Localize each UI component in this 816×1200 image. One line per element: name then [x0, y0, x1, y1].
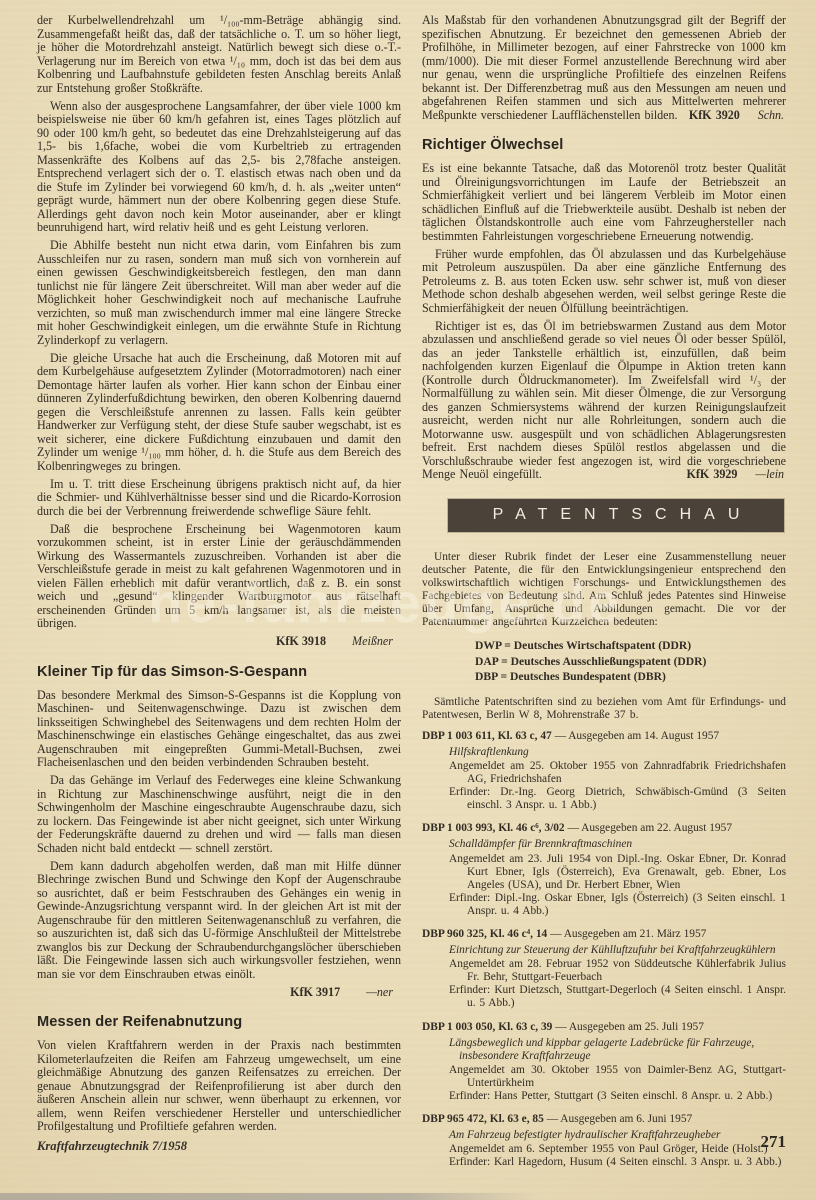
patent-entry: DBP 965 472, Kl. 63 e, 85 — Ausgegeben a…: [422, 1113, 786, 1169]
patent-entry: DBP 1 003 050, Kl. 63 c, 39 — Ausgegeben…: [422, 1021, 786, 1104]
patent-inventor: Erfinder: Kurt Dietzsch, Stuttgart-Deger…: [449, 984, 786, 1010]
patentschau-note: Sämtliche Patentschriften sind zu bezieh…: [422, 696, 786, 722]
patent-title: Am Fahrzeug befestigter hydraulischer Kr…: [449, 1129, 786, 1142]
patent-title: Hilfskraftlenkung: [449, 746, 786, 759]
patent-number: DBP 1 003 050, Kl. 63 c, 39: [422, 1021, 552, 1033]
article-signature: KfK 3917—ner: [37, 986, 401, 1000]
body-paragraph: Richtiger ist es, das Öl im betriebswarm…: [422, 320, 786, 482]
patent-number: DBP 965 472, Kl. 63 e, 85: [422, 1113, 544, 1125]
patent-header: DBP 1 003 611, Kl. 63 c, 47 — Ausgegeben…: [422, 730, 786, 743]
patent-number: DBP 1 003 993, Kl. 46 c⁶, 3/02: [422, 822, 565, 834]
body-paragraph: Das besondere Merkmal des Simson-S-Gespa…: [37, 689, 401, 770]
scan-edge-artifact: [0, 1193, 540, 1200]
patent-number: DBP 1 003 611, Kl. 63 c, 47: [422, 730, 552, 742]
abbreviation-dwp: DWP = Deutsches Wirtschaftspatent (DDR): [475, 638, 786, 654]
patent-inventor: Erfinder: Dr.-Ing. Georg Dietrich, Schwä…: [449, 786, 786, 812]
abbreviation-dbp: DBP = Deutsches Bundespatent (DBR): [475, 669, 786, 685]
patent-applicant: Angemeldet am 25. Oktober 1955 von Zahnr…: [449, 760, 786, 786]
patent-header: DBP 1 003 050, Kl. 63 c, 39 — Ausgegeben…: [422, 1021, 786, 1034]
section-heading-reifen: Messen der Reifenabnutzung: [37, 1014, 401, 1031]
patent-applicant: Angemeldet am 23. Juli 1954 von Dipl.-In…: [449, 853, 786, 892]
patent-issued-date: — Ausgegeben am 6. Juni 1957: [547, 1113, 693, 1125]
patent-entry: DBP 960 325, Kl. 46 c⁴, 14 — Ausgegeben …: [422, 928, 786, 1011]
patent-applicant: Angemeldet am 28. Februar 1952 von Südde…: [449, 958, 786, 984]
two-column-layout: der Kurbelwellendrehzahl um ¹/₁₀₀-mm-Bet…: [37, 14, 786, 1179]
kfk-number: KfK 3917: [290, 985, 340, 999]
abbreviation-dap: DAP = Deutsches Ausschließungspatent (DD…: [475, 654, 786, 670]
body-paragraph: Als Maßstab für den vorhandenen Abnutzun…: [422, 14, 786, 122]
patent-abbreviation-list: DWP = Deutsches Wirtschaftspatent (DDR) …: [475, 638, 786, 685]
kfk-number: KfK 3918: [276, 634, 326, 648]
patent-applicant: Angemeldet am 6. September 1955 von Paul…: [449, 1143, 786, 1156]
body-paragraph: Die Abhilfe besteht nun nicht etwa darin…: [37, 239, 401, 347]
section-heading-oelwechsel: Richtiger Ölwechsel: [422, 137, 786, 154]
patent-title: Längsbeweglich und kippbar gelagerte Lad…: [449, 1037, 786, 1063]
patent-issued-date: — Ausgegeben am 22. August 1957: [568, 822, 733, 834]
patent-number: DBP 960 325, Kl. 46 c⁴, 14: [422, 928, 547, 940]
body-paragraph: Die gleiche Ursache hat auch die Erschei…: [37, 352, 401, 474]
patent-applicant: Angemeldet am 30. Oktober 1955 von Daiml…: [449, 1064, 786, 1090]
body-paragraph: Daß die besprochene Erscheinung bei Wage…: [37, 523, 401, 631]
body-paragraph: Dem kann dadurch abgeholfen werden, daß …: [37, 860, 401, 982]
left-column: der Kurbelwellendrehzahl um ¹/₁₀₀-mm-Bet…: [37, 14, 401, 1179]
page-number: 271: [761, 1132, 787, 1152]
body-paragraph: Von vielen Kraftfahrern werden in der Pr…: [37, 1039, 401, 1134]
journal-footer: Kraftfahrzeugtechnik 7/1958: [37, 1139, 187, 1154]
patent-header: DBP 960 325, Kl. 46 c⁴, 14 — Ausgegeben …: [422, 928, 786, 941]
magazine-page: der Kurbelwellendrehzahl um ¹/₁₀₀-mm-Bet…: [0, 0, 816, 1200]
patent-inventor: Erfinder: Karl Hagedorn, Husum (4 Seiten…: [449, 1156, 786, 1169]
patent-issued-date: — Ausgegeben am 21. März 1957: [550, 928, 706, 940]
article-signature: KfK 3920Schn.: [689, 109, 786, 123]
section-heading-simson: Kleiner Tip für das Simson-S-Gespann: [37, 664, 401, 681]
right-column: Als Maßstab für den vorhandenen Abnutzun…: [422, 14, 786, 1179]
patent-header: DBP 1 003 993, Kl. 46 c⁶, 3/02 — Ausgege…: [422, 822, 786, 835]
kfk-number: KfK 3920: [689, 108, 740, 122]
patent-title: Einrichtung zur Steuerung der Kühlluftzu…: [449, 944, 786, 957]
author-name: —ner: [366, 985, 393, 999]
paragraph-text: Richtiger ist es, das Öl im betriebswarm…: [422, 319, 786, 482]
patent-title: Schalldämpfer für Brennkraftmaschinen: [449, 838, 786, 851]
body-paragraph: Da das Gehänge im Verlauf des Federweges…: [37, 774, 401, 855]
patent-entry: DBP 1 003 611, Kl. 63 c, 47 — Ausgegeben…: [422, 730, 786, 813]
article-signature: KfK 3929—lein: [674, 468, 787, 482]
paragraph-text: Als Maßstab für den vorhandenen Abnutzun…: [422, 13, 786, 122]
patent-inventor: Erfinder: Hans Petter, Stuttgart (3 Seit…: [449, 1090, 786, 1103]
patent-entry: DBP 1 003 993, Kl. 46 c⁶, 3/02 — Ausgege…: [422, 822, 786, 918]
body-paragraph: Es ist eine bekannte Tatsache, daß das M…: [422, 162, 786, 243]
author-name: —lein: [755, 467, 784, 481]
patent-inventor: Erfinder: Dipl.-Ing. Oskar Ebner, Igls (…: [449, 892, 786, 918]
patent-issued-date: — Ausgegeben am 25. Juli 1957: [555, 1021, 704, 1033]
patent-issued-date: — Ausgegeben am 14. August 1957: [555, 730, 720, 742]
body-paragraph: Früher wurde empfohlen, das Öl abzulasse…: [422, 248, 786, 316]
article-signature: KfK 3918Meißner: [37, 635, 401, 649]
body-paragraph: Wenn also der ausgesprochene Langsamfahr…: [37, 100, 401, 235]
author-name: Schn.: [758, 108, 784, 122]
patentschau-intro: Unter dieser Rubrik findet der Leser ein…: [422, 551, 786, 630]
patentschau-banner: PATENTSCHAU: [448, 499, 784, 532]
author-name: Meißner: [352, 634, 393, 648]
body-paragraph: Im u. T. tritt diese Erscheinung übrigen…: [37, 478, 401, 519]
kfk-number: KfK 3929: [687, 467, 738, 481]
patent-header: DBP 965 472, Kl. 63 e, 85 — Ausgegeben a…: [422, 1113, 786, 1126]
body-paragraph: der Kurbelwellendrehzahl um ¹/₁₀₀-mm-Bet…: [37, 14, 401, 95]
